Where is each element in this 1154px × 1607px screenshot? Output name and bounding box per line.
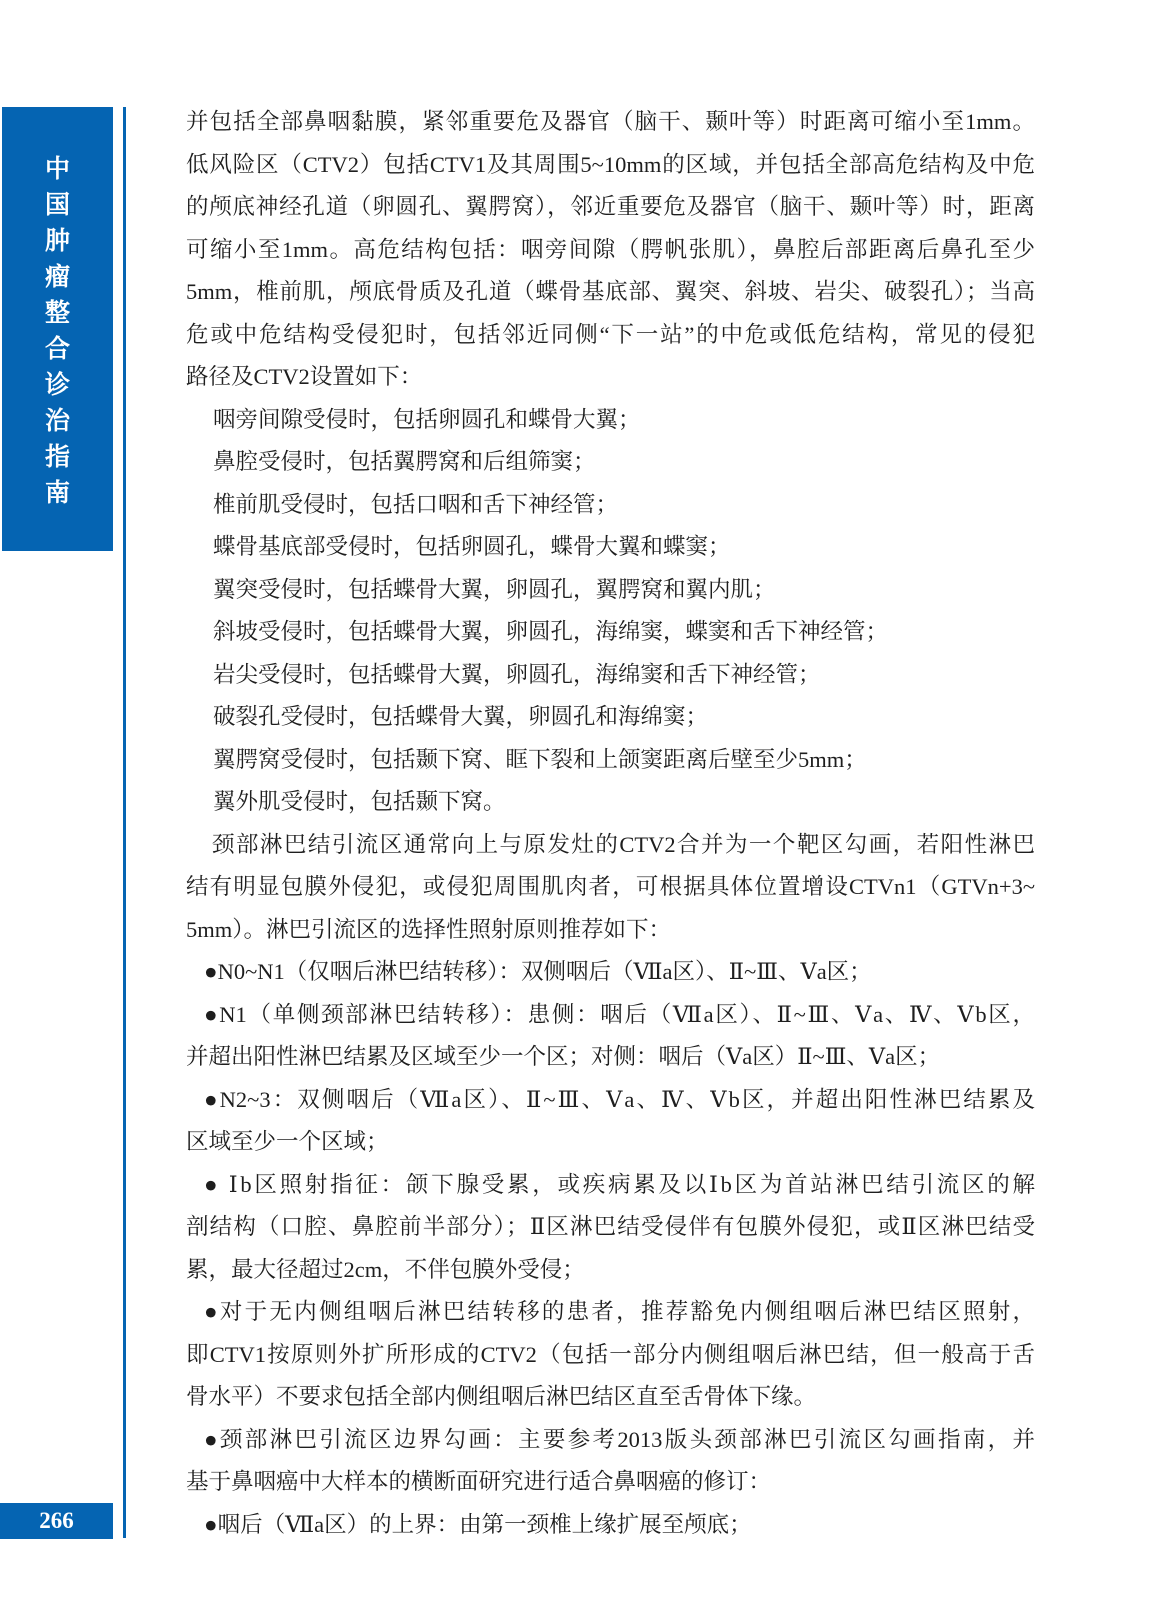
text-line: 可缩小至1mm。高危结构包括：咽旁间隙（腭帆张肌），鼻腔后部距离后鼻孔至少 [186,229,1035,272]
text-line: ●对于无内侧组咽后淋巴结转移的患者，推荐豁免内侧组咽后淋巴结区照射， [186,1291,1035,1334]
sidebar-title-char: 肿 [45,229,70,254]
sidebar-title-char: 整 [45,301,70,326]
sidebar-title-char: 合 [45,337,70,362]
text-line: 岩尖受侵时，包括蝶骨大翼，卵圆孔，海绵窦和舌下神经管； [186,654,1035,697]
text-line: 翼外肌受侵时，包括颞下窝。 [186,781,1035,824]
text-line: 椎前肌受侵时，包括口咽和舌下神经管； [186,484,1035,527]
text-line: 区域至少一个区域； [186,1121,1035,1164]
sidebar-title-char: 指 [45,445,70,470]
text-line: ●N1（单侧颈部淋巴结转移）：患侧：咽后（Ⅶa区）、Ⅱ~Ⅲ、Ⅴa、Ⅳ、Ⅴb区， [186,994,1035,1037]
text-line: 危或中危结构受侵犯时，包括邻近同侧“下一站”的中危或低危结构，常见的侵犯 [186,314,1035,357]
text-line: 低风险区（CTV2）包括CTV1及其周围5~10mm的区域，并包括全部高危结构及… [186,144,1035,187]
sidebar-title-char: 国 [45,193,70,218]
text-line: 的颅底神经孔道（卵圆孔、翼腭窝），邻近重要危及器官（脑干、颞叶等）时，距离 [186,186,1035,229]
text-line: 咽旁间隙受侵时，包括卵圆孔和蝶骨大翼； [186,399,1035,442]
page-number-badge: 266 [0,1503,113,1539]
text-line: 路径及CTV2设置如下： [186,356,1035,399]
text-line: 破裂孔受侵时，包括蝶骨大翼，卵圆孔和海绵窦； [186,696,1035,739]
text-line: ● Ⅰb区照射指征：颌下腺受累，或疾病累及以Ⅰb区为首站淋巴结引流区的解 [186,1164,1035,1207]
sidebar-title-char: 瘤 [45,265,70,290]
text-line: 5mm，椎前肌，颅底骨质及孔道（蝶骨基底部、翼突、斜坡、岩尖、破裂孔）；当高 [186,271,1035,314]
book-title-sidebar: 中国肿瘤整合诊治指南 [2,107,113,551]
page-number: 266 [39,1508,74,1534]
text-line: 蝶骨基底部受侵时，包括卵圆孔，蝶骨大翼和蝶窦； [186,526,1035,569]
text-line: 累，最大径超过2cm，不伴包膜外受侵； [186,1249,1035,1292]
sidebar-title-char: 中 [45,157,70,182]
text-line: 即CTV1按原则外扩所形成的CTV2（包括一部分内侧组咽后淋巴结，但一般高于舌 [186,1334,1035,1377]
text-line: ●咽后（Ⅶa区）的上界：由第一颈椎上缘扩展至颅底； [186,1504,1035,1547]
text-line: ●颈部淋巴引流区边界勾画：主要参考2013版头颈部淋巴引流区勾画指南，并 [186,1419,1035,1462]
text-line: 并包括全部鼻咽黏膜，紧邻重要危及器官（脑干、颞叶等）时距离可缩小至1mm。 [186,101,1035,144]
text-line: 斜坡受侵时，包括蝶骨大翼，卵圆孔，海绵窦，蝶窦和舌下神经管； [186,611,1035,654]
vertical-divider-rule [123,107,126,1538]
text-line: 翼突受侵时，包括蝶骨大翼，卵圆孔，翼腭窝和翼内肌； [186,569,1035,612]
text-line: ●N2~3：双侧咽后（Ⅶa区）、Ⅱ~Ⅲ、Ⅴa、Ⅳ、Ⅴb区，并超出阳性淋巴结累及 [186,1079,1035,1122]
sidebar-title-char: 南 [45,481,70,506]
body-text-block: 并包括全部鼻咽黏膜，紧邻重要危及器官（脑干、颞叶等）时距离可缩小至1mm。低风险… [186,101,1035,1546]
text-line: 骨水平）不要求包括全部内侧组咽后淋巴结区直至舌骨体下缘。 [186,1376,1035,1419]
sidebar-title-char: 治 [45,409,70,434]
text-line: 剖结构（口腔、鼻腔前半部分）；Ⅱ区淋巴结受侵伴有包膜外侵犯，或Ⅱ区淋巴结受 [186,1206,1035,1249]
text-line: 基于鼻咽癌中大样本的横断面研究进行适合鼻咽癌的修订： [186,1461,1035,1504]
text-line: 结有明显包膜外侵犯，或侵犯周围肌肉者，可根据具体位置增设CTVn1（GTVn+3… [186,866,1035,909]
text-line: 鼻腔受侵时，包括翼腭窝和后组筛窦； [186,441,1035,484]
text-line: 5mm）。淋巴引流区的选择性照射原则推荐如下： [186,909,1035,952]
text-line: 翼腭窝受侵时，包括颞下窝、眶下裂和上颌窦距离后壁至少5mm； [186,739,1035,782]
sidebar-title-char: 诊 [45,373,70,398]
text-line: 颈部淋巴结引流区通常向上与原发灶的CTV2合并为一个靶区勾画，若阳性淋巴 [186,824,1035,867]
text-line: 并超出阳性淋巴结累及区域至少一个区；对侧：咽后（Ⅴa区）Ⅱ~Ⅲ、Ⅴa区； [186,1036,1035,1079]
text-line: ●N0~N1（仅咽后淋巴结转移）：双侧咽后（Ⅶa区）、Ⅱ~Ⅲ、Ⅴa区； [186,951,1035,994]
